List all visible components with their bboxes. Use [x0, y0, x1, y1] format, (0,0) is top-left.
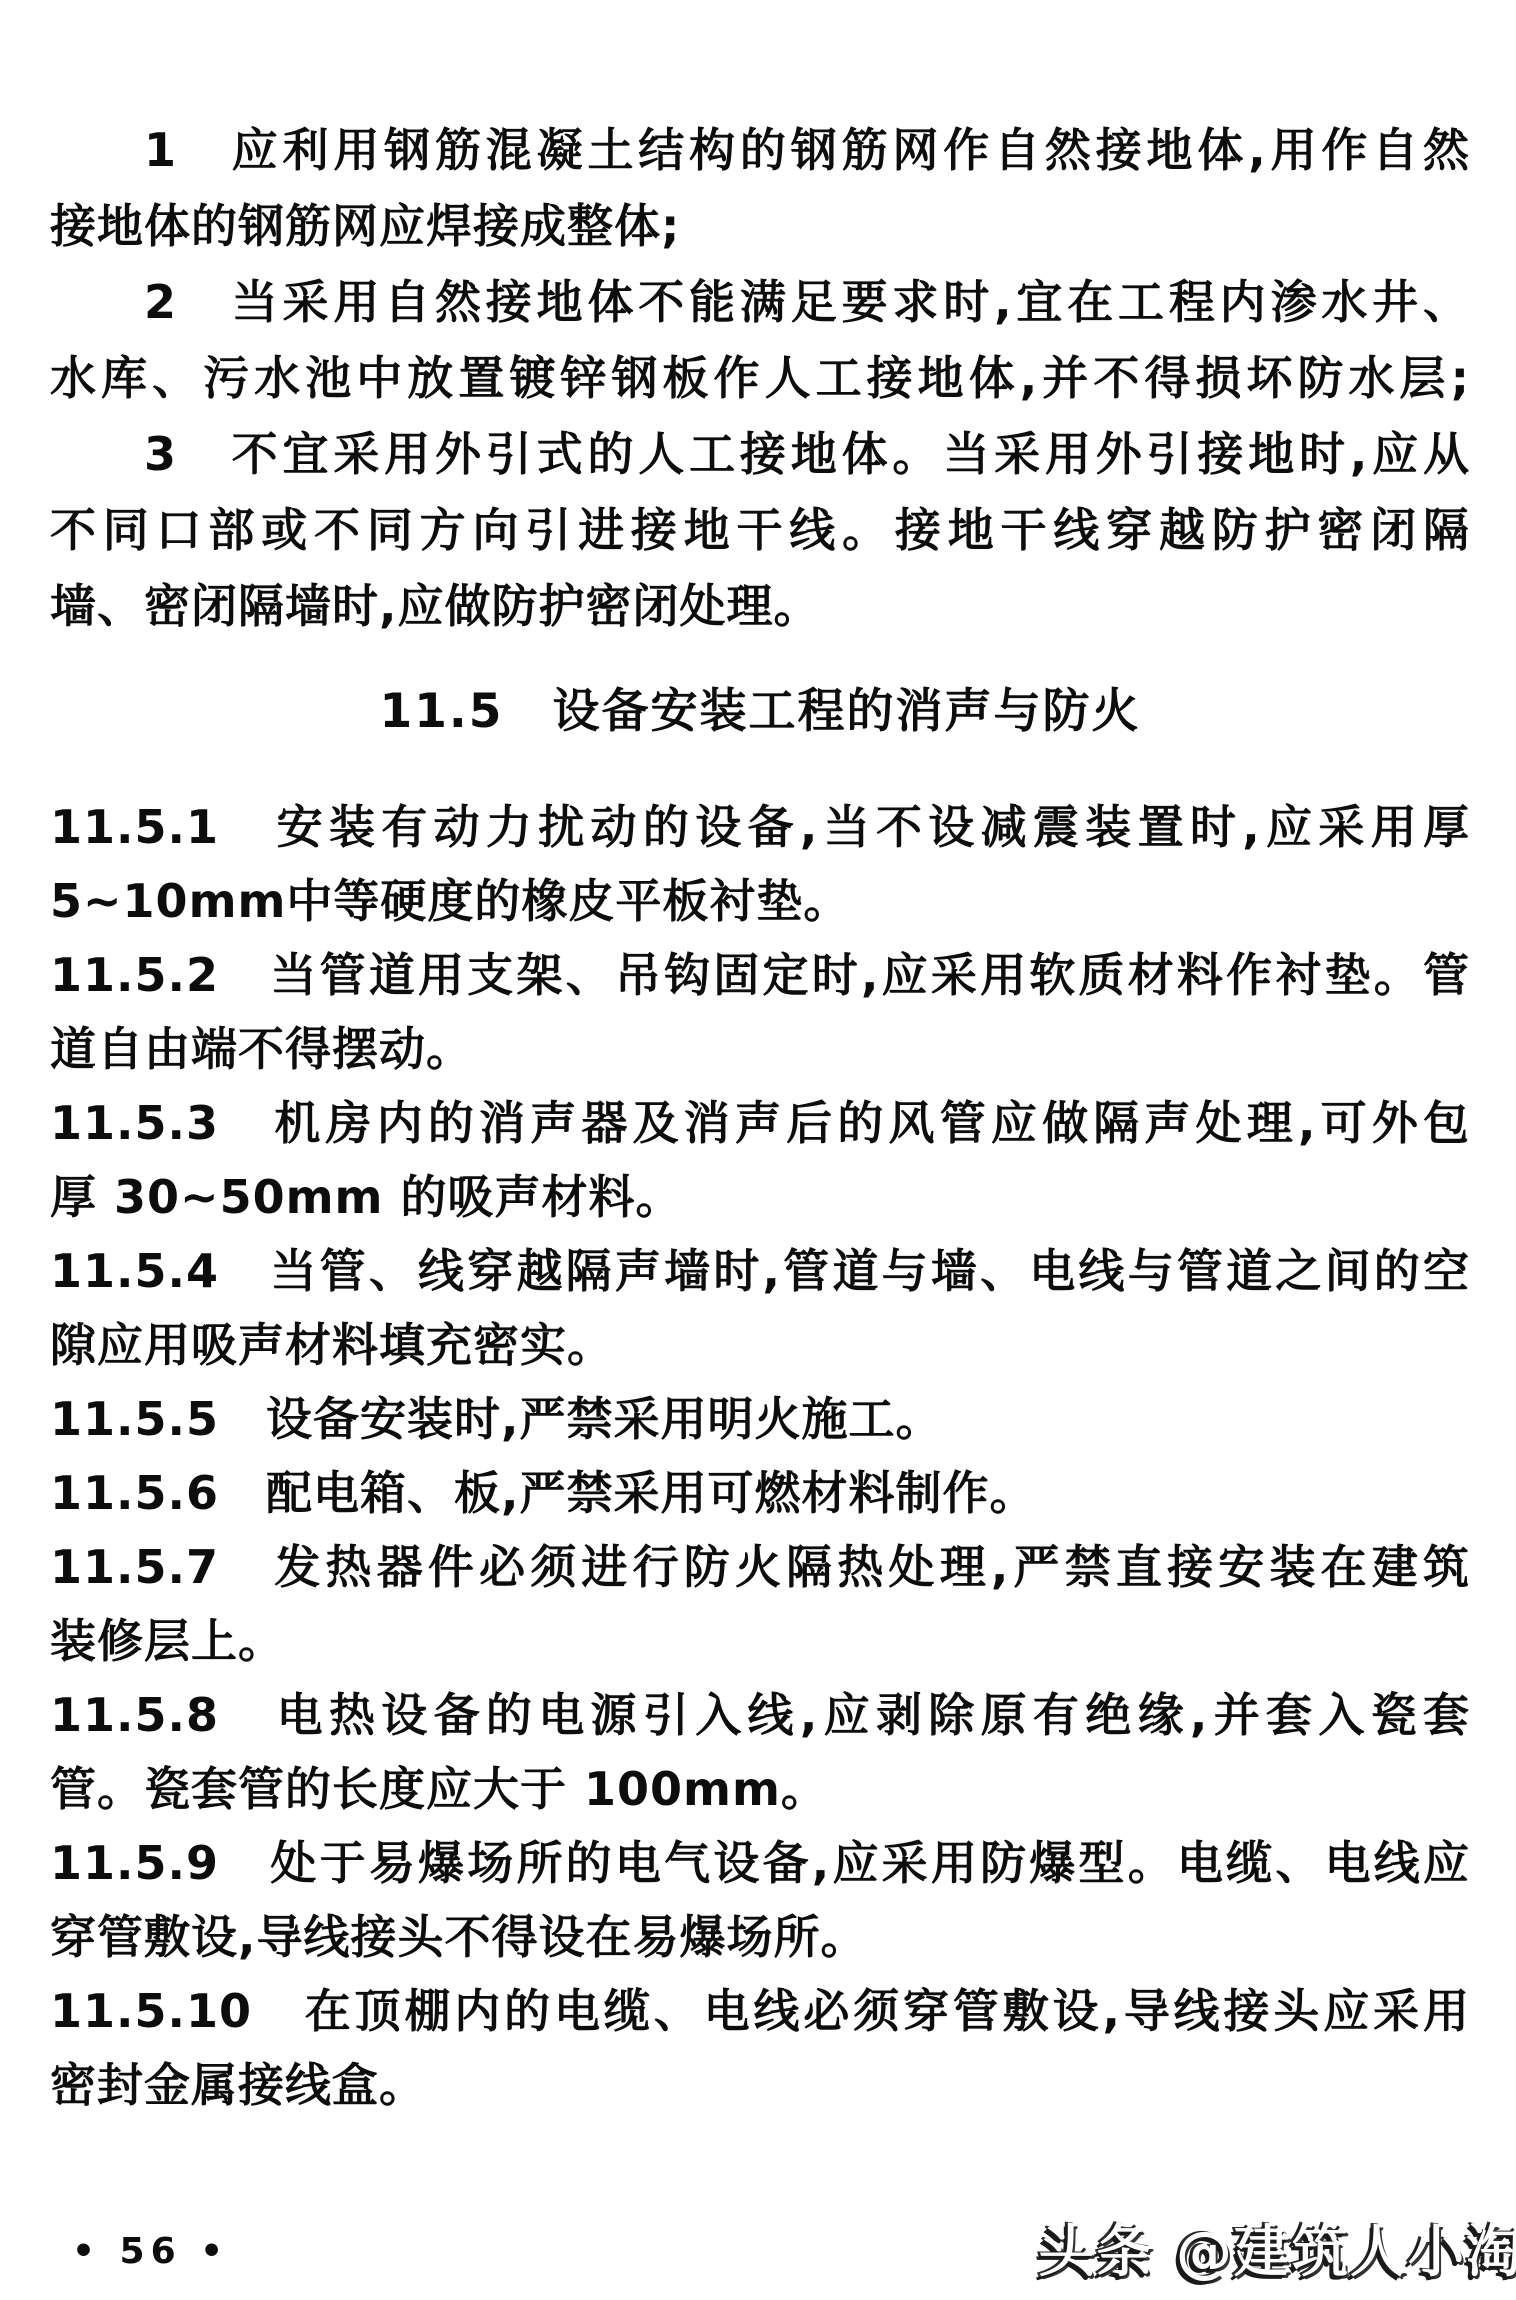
document-page: 1 应利用钢筋混凝土结构的钢筋网作自然接地体,用作自然 接地体的钢筋网应焊接成整… — [0, 0, 1516, 2300]
clause-line: 穿管敷设,导线接头不得设在易爆场所。 — [50, 1900, 1470, 1974]
paragraph-line: 不同口部或不同方向引进接地干线。接地干线穿越防护密闭隔 — [50, 492, 1470, 568]
clause-line: 11.5.7 发热器件必须进行防火隔热处理,严禁直接安装在建筑 — [50, 1530, 1470, 1604]
clause-line: 11.5.5 设备安装时,严禁采用明火施工。 — [50, 1382, 1470, 1456]
page-number: • 56 • — [72, 2231, 229, 2272]
clause-line: 11.5.8 电热设备的电源引入线,应剥除原有绝缘,并套入瓷套 — [50, 1678, 1470, 1752]
clause-line: 11.5.9 处于易爆场所的电气设备,应采用防爆型。电缆、电线应 — [50, 1826, 1470, 1900]
clause-line: 5~10mm中等硬度的橡皮平板衬垫。 — [50, 864, 1470, 938]
page-content: 1 应利用钢筋混凝土结构的钢筋网作自然接地体,用作自然 接地体的钢筋网应焊接成整… — [50, 112, 1470, 2122]
clause-line: 厚 30~50mm 的吸声材料。 — [50, 1160, 1470, 1234]
clause-line: 道自由端不得摆动。 — [50, 1012, 1470, 1086]
clause-line: 密封金属接线盒。 — [50, 2048, 1470, 2122]
paragraph-line: 墙、密闭隔墙时,应做防护密闭处理。 — [50, 568, 1470, 644]
section-heading: 11.5 设备安装工程的消声与防火 — [50, 674, 1470, 750]
clause-line: 11.5.4 当管、线穿越隔声墙时,管道与墙、电线与管道之间的空 — [50, 1234, 1470, 1308]
clause-line: 11.5.3 机房内的消声器及消声后的风管应做隔声处理,可外包 — [50, 1086, 1470, 1160]
watermark-text: 头条 @建筑人小淘 — [1039, 2208, 1516, 2288]
paragraph-line: 2 当采用自然接地体不能满足要求时,宜在工程内渗水井、 — [50, 264, 1470, 340]
paragraph-line: 接地体的钢筋网应焊接成整体; — [50, 188, 1470, 264]
clause-line: 11.5.1 安装有动力扰动的设备,当不设减震装置时,应采用厚 — [50, 790, 1470, 864]
paragraph-line: 3 不宜采用外引式的人工接地体。当采用外引接地时,应从 — [50, 416, 1470, 492]
paragraph-line: 水库、污水池中放置镀锌钢板作人工接地体,并不得损坏防水层; — [50, 340, 1470, 416]
clause-line: 11.5.2 当管道用支架、吊钩固定时,应采用软质材料作衬垫。管 — [50, 938, 1470, 1012]
clause-line: 隙应用吸声材料填充密实。 — [50, 1308, 1470, 1382]
clause-line: 管。瓷套管的长度应大于 100mm。 — [50, 1752, 1470, 1826]
paragraph-line: 1 应利用钢筋混凝土结构的钢筋网作自然接地体,用作自然 — [50, 112, 1470, 188]
clause-line: 装修层上。 — [50, 1604, 1470, 1678]
clause-line: 11.5.10 在顶棚内的电缆、电线必须穿管敷设,导线接头应采用 — [50, 1974, 1470, 2048]
clause-line: 11.5.6 配电箱、板,严禁采用可燃材料制作。 — [50, 1456, 1470, 1530]
